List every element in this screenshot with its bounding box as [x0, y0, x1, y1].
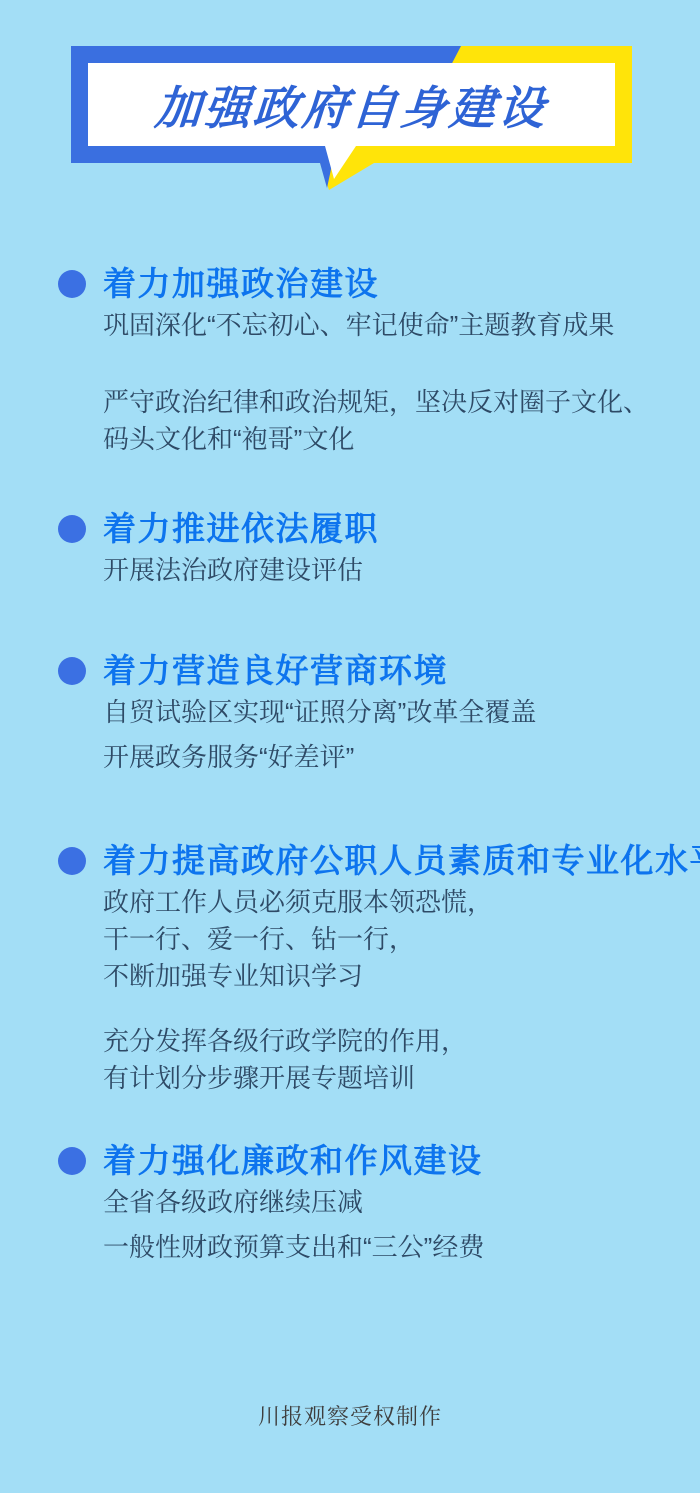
body-line: 开展法治政府建设评估 [103, 552, 670, 589]
section-heading-row: 着力推进依法履职 [58, 509, 670, 549]
section-body: 政府工作人员必须克服本领恐慌， 干一行、爱一行、钻一行， 不断加强专业知识学习 … [103, 884, 670, 1097]
section-law-based-duty: 着力推进依法履职 开展法治政府建设评估 [58, 509, 670, 589]
section-heading: 着力营造良好营商环境 [103, 651, 448, 691]
bullet-dot-icon [58, 270, 86, 298]
section-civil-servant-quality: 着力提高政府公职人员素质和专业化水平 政府工作人员必须克服本领恐慌， 干一行、爱… [58, 841, 670, 1097]
body-line: 开展政务服务“好差评” [103, 739, 670, 776]
section-heading: 着力提高政府公职人员素质和专业化水平 [103, 841, 700, 881]
body-line: 干一行、爱一行、钻一行， [103, 921, 670, 958]
body-line: 全省各级政府继续压减 [103, 1184, 670, 1221]
section-heading-row: 着力加强政治建设 [58, 264, 670, 304]
body-line: 码头文化和“袍哥”文化 [103, 421, 670, 458]
body-line: 不断加强专业知识学习 [103, 958, 670, 995]
body-line: 政府工作人员必须克服本领恐慌， [103, 884, 670, 921]
section-heading-row: 着力营造良好营商环境 [58, 651, 670, 691]
section-body: 巩固深化“不忘初心、牢记使命”主题教育成果 严守政治纪律和政治规矩，坚决反对圈子… [103, 307, 670, 458]
section-business-environment: 着力营造良好营商环境 自贸试验区实现“证照分离”改革全覆盖 开展政务服务“好差评… [58, 651, 670, 776]
section-heading: 着力推进依法履职 [103, 509, 379, 549]
poster: 加强政府自身建设 着力加强政治建设 巩固深化“不忘初心、牢记使命”主题教育成果 … [0, 0, 700, 1493]
body-line: 自贸试验区实现“证照分离”改革全覆盖 [103, 694, 670, 731]
section-body: 全省各级政府继续压减 一般性财政预算支出和“三公”经费 [103, 1184, 670, 1266]
page-title: 加强政府自身建设 [67, 46, 636, 163]
section-heading: 着力加强政治建设 [103, 264, 379, 304]
section-body: 开展法治政府建设评估 [103, 552, 670, 589]
footer-credit: 川报观察受权制作 [0, 1400, 700, 1431]
section-heading-row: 着力强化廉政和作风建设 [58, 1141, 670, 1181]
section-clean-governance: 着力强化廉政和作风建设 全省各级政府继续压减 一般性财政预算支出和“三公”经费 [58, 1141, 670, 1266]
body-line: 一般性财政预算支出和“三公”经费 [103, 1229, 670, 1266]
body-line: 充分发挥各级行政学院的作用， [103, 1023, 670, 1060]
section-political-building: 着力加强政治建设 巩固深化“不忘初心、牢记使命”主题教育成果 严守政治纪律和政治… [58, 264, 670, 458]
section-heading: 着力强化廉政和作风建设 [103, 1141, 483, 1181]
bullet-dot-icon [58, 657, 86, 685]
bullet-dot-icon [58, 1147, 86, 1175]
body-line: 巩固深化“不忘初心、牢记使命”主题教育成果 [103, 307, 670, 344]
section-body: 自贸试验区实现“证照分离”改革全覆盖 开展政务服务“好差评” [103, 694, 670, 776]
bullet-dot-icon [58, 847, 86, 875]
bullet-dot-icon [58, 515, 86, 543]
section-heading-row: 着力提高政府公职人员素质和专业化水平 [58, 841, 670, 881]
body-line: 严守政治纪律和政治规矩，坚决反对圈子文化、 [103, 384, 670, 421]
body-line: 有计划分步骤开展专题培训 [103, 1060, 670, 1097]
